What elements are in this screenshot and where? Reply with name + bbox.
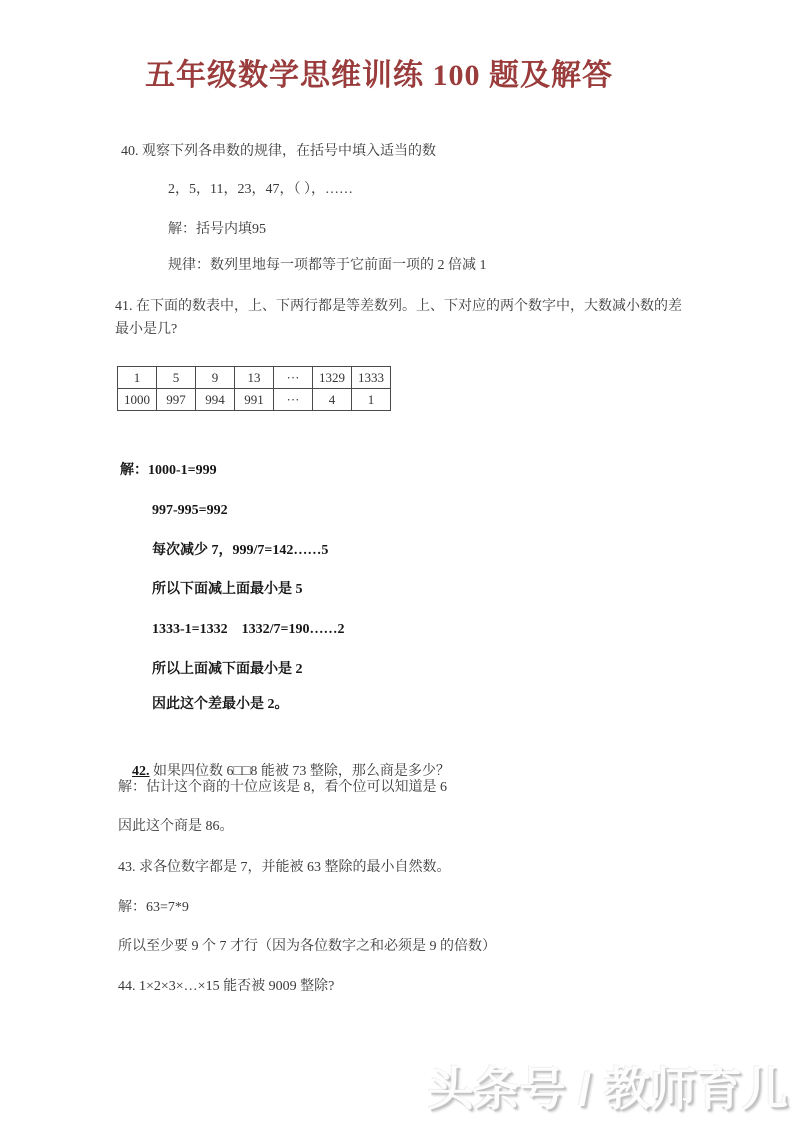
q41-number-table: 1 5 9 13 ··· 1329 1333 1000 997 994 991 … xyxy=(117,366,391,411)
q41-solution-line: 所以上面减下面最小是 2 xyxy=(152,658,303,681)
q41-solution-line: 997-995=992 xyxy=(152,499,228,522)
table-cell: 1333 xyxy=(352,367,391,389)
q40-rule: 规律：数列里地每一项都等于它前面一项的 2 倍减 1 xyxy=(168,254,487,277)
page-title: 五年级数学思维训练 100 题及解答 xyxy=(0,50,758,94)
q43-solution-2: 所以至少要 9 个 7 才行（因为各位数字之和必须是 9 的倍数） xyxy=(118,935,496,958)
table-cell: 9 xyxy=(196,367,235,389)
table-cell: 1000 xyxy=(118,389,157,411)
q40-question: 40. 观察下列各串数的规律，在括号中填入适当的数 xyxy=(121,140,436,163)
q41-solution-line: 解：1000-1=999 xyxy=(120,459,217,482)
watermark-toutiao: 头条号 / 教师育儿 xyxy=(428,1053,788,1119)
table-row-bottom: 1000 997 994 991 ··· 4 1 xyxy=(118,389,391,411)
table-cell: 991 xyxy=(235,389,274,411)
table-cell: 1 xyxy=(352,389,391,411)
worksheet-page: 五年级数学思维训练 100 题及解答 40. 观察下列各串数的规律，在括号中填入… xyxy=(0,0,794,1123)
q43-solution-1: 解：63=7*9 xyxy=(118,896,189,919)
q40-answer: 解：括号内填95 xyxy=(168,218,266,241)
table-cell: 5 xyxy=(157,367,196,389)
q41-solution-line: 每次减少 7，999/7=142……5 xyxy=(152,539,328,562)
table-row-top: 1 5 9 13 ··· 1329 1333 xyxy=(118,367,391,389)
q41-question: 41. 在下面的数表中，上、下两行都是等差数列。上、下对应的两个数字中，大数减小… xyxy=(115,295,693,341)
q42-solution-2: 因此这个商是 86。 xyxy=(118,815,234,838)
table-cell: 13 xyxy=(235,367,274,389)
table-cell: 1329 xyxy=(313,367,352,389)
q43-question: 43. 求各位数字都是 7，并能被 63 整除的最小自然数。 xyxy=(118,856,451,879)
q41-solution-line: 1333-1=1332 1332/7=190……2 xyxy=(152,618,345,641)
q40-sequence: 2，5，11，23，47，（ ），…… xyxy=(168,178,353,201)
table-cell: 994 xyxy=(196,389,235,411)
q44-question: 44. 1×2×3×…×15 能否被 9009 整除? xyxy=(118,975,334,998)
table-cell: 997 xyxy=(157,389,196,411)
table-cell: 4 xyxy=(313,389,352,411)
table-cell: 1 xyxy=(118,367,157,389)
table-cell: ··· xyxy=(274,389,313,411)
q42-solution-1: 解：估计这个商的十位应该是 8，看个位可以知道是 6 xyxy=(118,776,447,799)
q41-solution-line: 因此这个差最小是 2。 xyxy=(152,693,289,716)
q41-solution-line: 所以下面减上面最小是 5 xyxy=(152,578,303,601)
table-cell: ··· xyxy=(274,367,313,389)
